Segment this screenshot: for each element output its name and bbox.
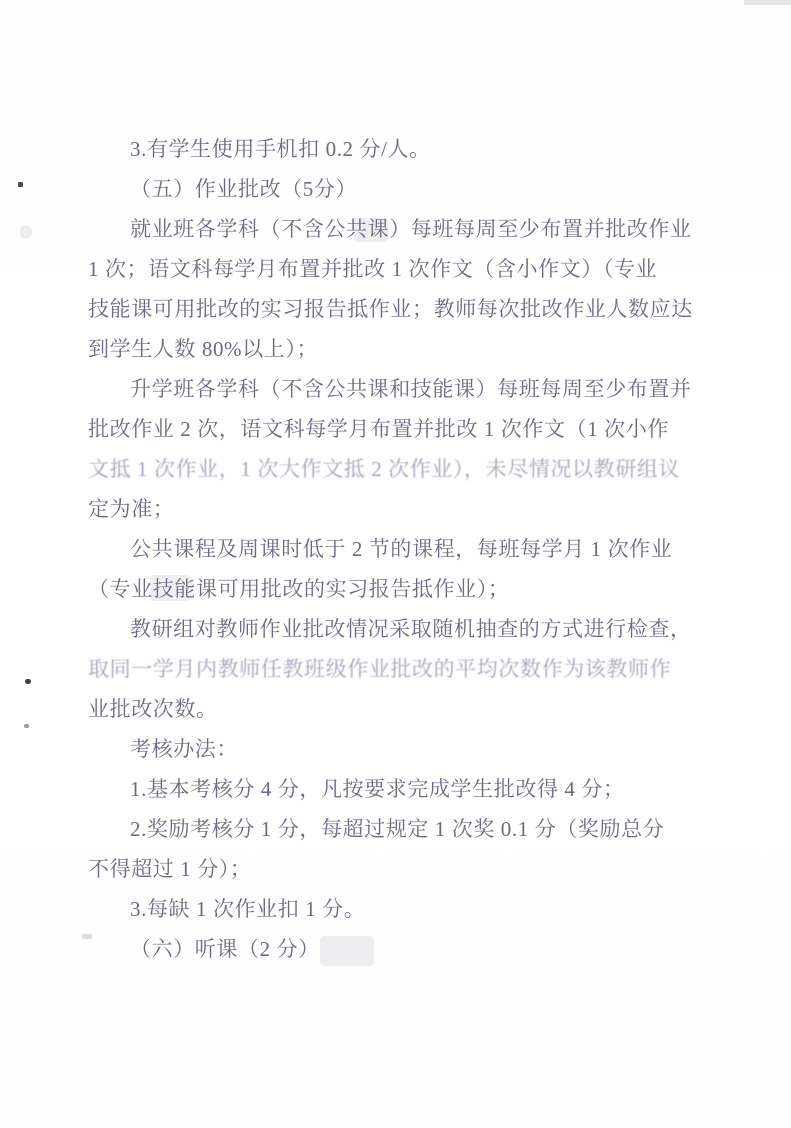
text-line: 技能课可用批改的实习报告抵作业；教师每次批改作业人数应达 [88, 288, 714, 328]
text-line: 就业班各学科（不含公共课）每班每周至少布置并批改作业 [88, 208, 714, 248]
text-line: （六）听课（2 分） [88, 928, 714, 968]
text-line: 到学生人数 80%以上）； [88, 328, 714, 368]
text-line: 批改作业 2 次，语文科每学月布置并批改 1 次作文（1 次小作 [88, 408, 714, 448]
document-text-block: 3.有学生使用手机扣 0.2 分/人。（五）作业批改（5分）就业班各学科（不含公… [88, 128, 714, 968]
text-line: （专业技能课可用批改的实习报告抵作业）； [88, 568, 714, 608]
text-line: 1.基本考核分 4 分，凡按要求完成学生批改得 4 分； [88, 768, 714, 808]
text-line: 2.奖励考核分 1 分，每超过规定 1 次奖 0.1 分（奖励总分 [88, 808, 714, 848]
text-line: 升学班各学科（不含公共课和技能课）每班每周至少布置并 [88, 368, 714, 408]
text-line: 业批改次数。 [88, 688, 714, 728]
scanned-document-page: 3.有学生使用手机扣 0.2 分/人。（五）作业批改（5分）就业班各学科（不含公… [0, 0, 791, 1128]
text-line: 考核办法： [88, 728, 714, 768]
text-line: 定为准； [88, 488, 714, 528]
text-line: 3.有学生使用手机扣 0.2 分/人。 [88, 128, 714, 168]
text-line: 教研组对教师作业批改情况采取随机抽查的方式进行检查， [88, 608, 714, 648]
text-line: 取同一学月内教师任教班级作业批改的平均次数作为该教师作 [88, 648, 714, 688]
text-line: 公共课程及周课时低于 2 节的课程，每班每学月 1 次作业 [88, 528, 714, 568]
text-line: 3.每缺 1 次作业扣 1 分。 [88, 888, 714, 928]
text-line: （五）作业批改（5分） [88, 168, 714, 208]
text-line: 文抵 1 次作业，1 次大作文抵 2 次作业），未尽情况以教研组议 [88, 448, 714, 488]
text-line: 1 次；语文科每学月布置并批改 1 次作文（含小作文）（专业 [88, 248, 714, 288]
text-line: 不得超过 1 分）； [88, 848, 714, 888]
